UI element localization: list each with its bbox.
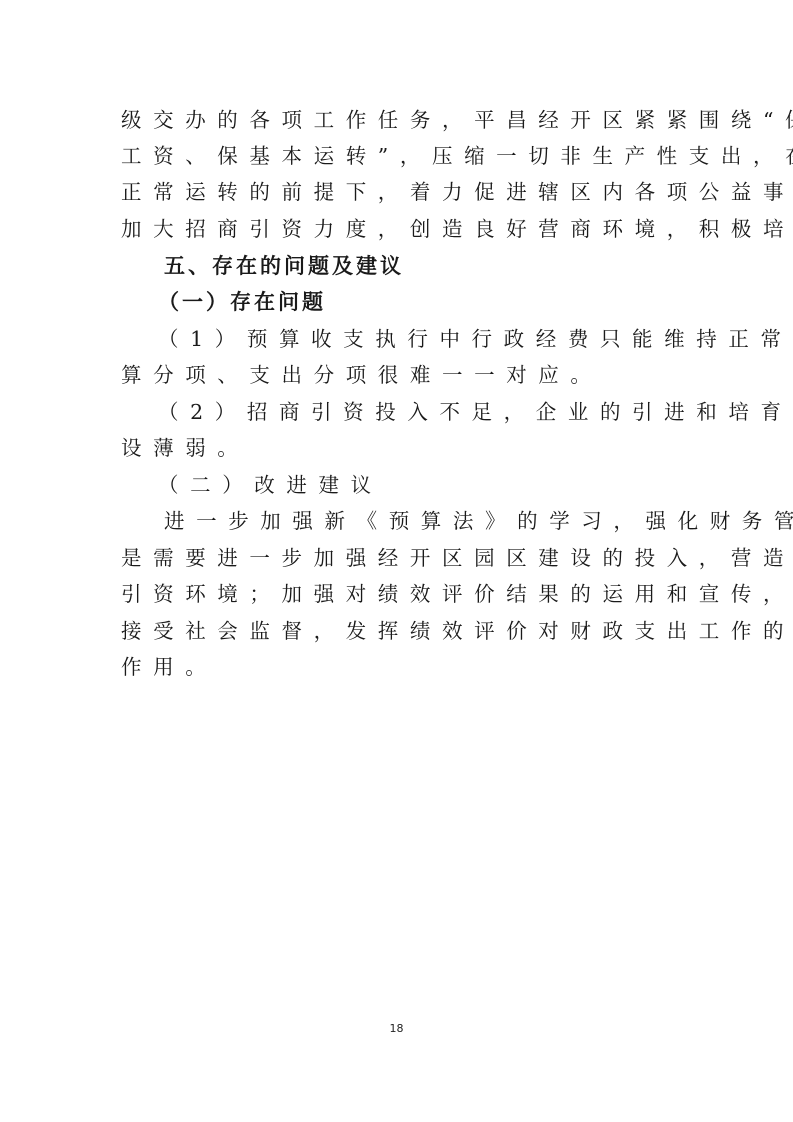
body-text-line: 正常运转的前提下，着力促进辖区内各项公益事业的发展， [121, 178, 681, 206]
suggestion-paragraph-line: 是需要进一步加强经开区园区建设的投入，营造良好的招商 [121, 544, 681, 572]
problem-item-2-line: （2）招商引资投入不足，企业的引进和培育硬环境建 [158, 398, 718, 426]
body-text-line: 工资、保基本运转”，压缩一切非生产性支出，在保证机关 [121, 142, 681, 170]
body-text-line: 级交办的各项工作任务，平昌经开区紧紧围绕“保民生、保 [121, 106, 681, 134]
body-text-line: 加大招商引资力度，创造良好营商环境，积极培育优质企业。 [121, 215, 681, 243]
problem-item-1-line: （1）预算收支执行中行政经费只能维持正常运转、预 [158, 325, 718, 353]
suggestion-paragraph-line: 进一步加强新《预算法》的学习，强化财务管理；特别 [164, 507, 724, 535]
suggestion-paragraph-line: 作用。 [121, 653, 681, 681]
subsection-heading-suggestions: （二）改进建议 [158, 471, 718, 499]
problem-item-1-line: 算分项、支出分项很难一一对应。 [121, 361, 681, 389]
suggestion-paragraph-line: 接受社会监督，发挥绩效评价对财政支出工作的引领和指导 [121, 617, 681, 645]
document-page: 级交办的各项工作任务，平昌经开区紧紧围绕“保民生、保 工资、保基本运转”，压缩一… [0, 0, 793, 1122]
suggestion-paragraph-line: 引资环境；加强对绩效评价结果的运用和宣传，总结经验， [121, 580, 681, 608]
page-number: 18 [0, 1022, 793, 1035]
section-heading: 五、存在的问题及建议 [164, 252, 724, 280]
subsection-heading-problems: （一）存在问题 [158, 288, 718, 316]
problem-item-2-line: 设薄弱。 [121, 434, 681, 462]
